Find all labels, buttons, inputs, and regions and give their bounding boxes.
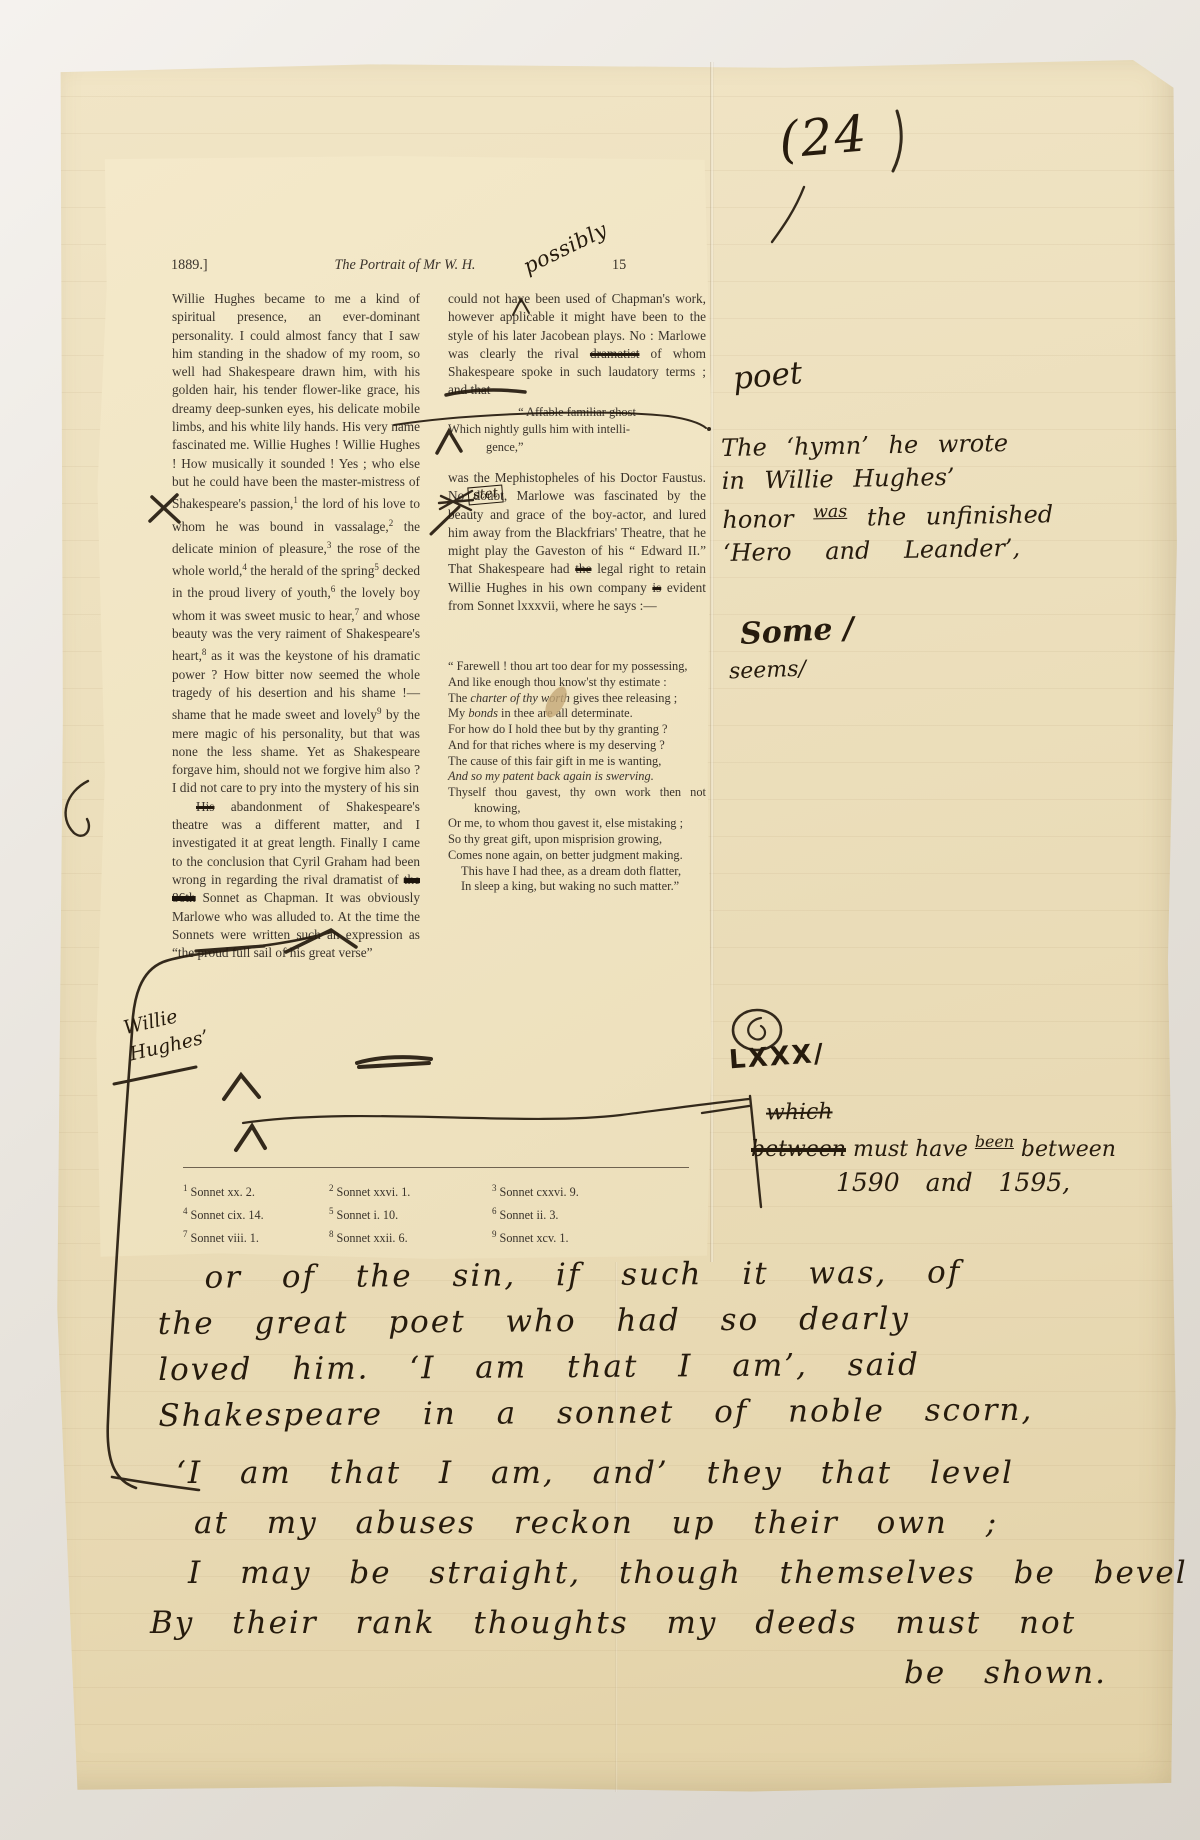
sonnet-line: And so my patent back again is swerving. [448,769,706,785]
footnote: 1 Sonnet xx. 2. [183,1179,329,1202]
sonnet-line: Thyself thou gavest, thy own work then n… [448,785,706,816]
sonnet-121-line: ‘I am that I am, and’ they that level [176,1448,1188,1498]
sonnet-line: So thy great gift, upon misprision growi… [448,832,706,848]
footnote: 7 Sonnet viii. 1. [183,1225,329,1248]
right-column: could not have been used of Chapman's wo… [448,290,706,895]
page-header: 1889.] The Portrait of Mr W. H. 15 [95,257,712,277]
sonnet-line: In sleep a king, but waking no such matt… [461,879,706,895]
ghost-quote: “ Affable familiar ghostWhich nightly gu… [448,404,706,456]
footnote: 5 Sonnet i. 10. [329,1202,492,1225]
paragraph-chapman: could not have been used of Chapman's wo… [448,290,706,400]
closing-line: Shakespeare in a sonnet of noble scorn, [158,1387,1033,1439]
sonnet-121-line: be shown. [904,1648,1188,1698]
sonnet-line: And for that riches where is my deservin… [448,738,706,754]
sonnet-line: Or me, to whom thou gavest it, else mist… [448,816,706,832]
footnote: 3 Sonnet cxxvi. 9. [492,1179,692,1202]
sonnet-121-line: at my abuses reckon up their own ; [194,1498,1188,1548]
sonnet-line: “ Farewell ! thou art too dear for my po… [448,659,706,675]
quote-line: gence,” [486,439,706,456]
sonnet-line: The charter of thy worth gives thee rele… [448,691,706,707]
printed-clipping: 1889.] The Portrait of Mr W. H. 15 Willi… [95,156,712,1260]
paragraph-abandonment: His abandonment of Shakespeare's theatre… [172,798,420,963]
quote-line: Which nightly gulls him with intelli- [448,421,706,438]
closing-line: loved him. ‘I am that I am’, said [158,1341,1033,1393]
sonnet-line: And like enough thou know'st thy estimat… [448,675,706,691]
handwritten-sonnet-121: ‘I am that I am, and’ they that levelat … [148,1448,1188,1698]
annotation-dates: 1590 and 1595, [836,1168,1070,1197]
year-label: 1889.] [171,257,208,274]
page-number: 15 [612,257,626,274]
footnote: 9 Sonnet xcv. 1. [492,1225,692,1248]
footnote: 8 Sonnet xxii. 6. [329,1225,492,1248]
footnote: 6 Sonnet ii. 3. [492,1202,692,1225]
annotation-page-corner-number: (24 [777,104,871,170]
running-title: The Portrait of Mr W. H. [255,257,555,274]
annotation-date-note: between must have been between [751,1132,1116,1162]
manuscript-scan: 1889.] The Portrait of Mr W. H. 15 Willi… [0,0,1200,1840]
left-column: Willie Hughes became to me a kind of spi… [172,290,420,962]
annotation-stet: stet [467,485,503,506]
closing-line: or of the sin, if such it was, of [204,1249,1032,1301]
sonnet-87-quote: “ Farewell ! thou art too dear for my po… [448,659,706,895]
annotation-hymn-note: The ‘hymn’ he wrotein Willie Hughes’hono… [721,424,1183,570]
footnote-rule [183,1167,689,1168]
sonnet-line: Comes none again, on better judgment mak… [448,848,706,864]
annotation-some: Some / [739,611,855,652]
sonnet-line: For how do I hold thee but by thy granti… [448,722,706,738]
paragraph-willie-hughes: Willie Hughes became to me a kind of spi… [172,290,420,798]
handwritten-closing-text: or of the sin, if such it was, ofthe gre… [149,1249,1033,1439]
annotation-which: which [766,1099,833,1125]
closing-line: the great poet who had so dearly [158,1295,1033,1347]
sonnet-line: My bonds in thee are all determinate. [448,706,706,722]
footnote: 2 Sonnet xxvi. 1. [329,1179,492,1202]
quote-line: “ Affable familiar ghost [448,404,706,421]
footnote: 4 Sonnet cix. 14. [183,1202,329,1225]
sonnet-line: The cause of this fair gift in me is wan… [448,754,706,770]
sonnet-121-line: By their rank thoughts my deeds must not [150,1598,1188,1648]
sonnet-121-line: I may be straight, though themselves be … [188,1548,1188,1598]
footnotes: 1 Sonnet xx. 2.2 Sonnet xxvi. 1.3 Sonnet… [183,1179,692,1247]
sonnet-line: This have I had thee, as a dream doth fl… [461,864,706,880]
annotation-poet: poet [732,355,804,397]
annotation-seems: seems/ [729,657,807,685]
